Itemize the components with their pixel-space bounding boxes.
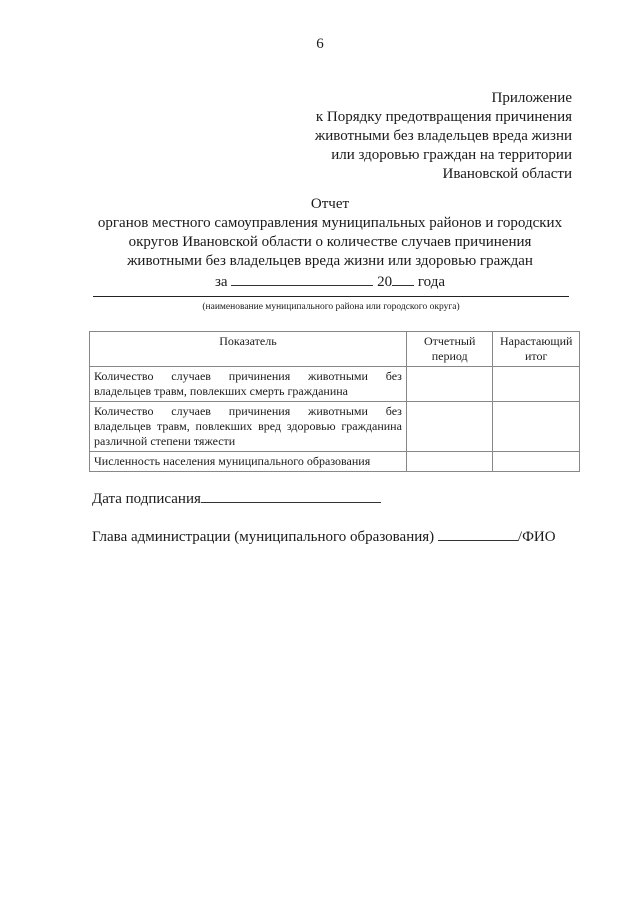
header-cumulative: Нарастающий итог (493, 332, 580, 367)
signing-date-line: Дата подписания (92, 488, 381, 508)
table-row: Количество случаев причинения животными … (90, 367, 580, 402)
municipality-caption: (наименование муниципального района или … (93, 302, 569, 312)
indicator-cell: Количество случаев причинения животными … (90, 367, 407, 402)
report-table: Показатель Отчетный период Нарастающий и… (89, 331, 580, 472)
header-period: Отчетный период (406, 332, 493, 367)
appendix-block: Приложение к Порядку предотвращения прич… (315, 89, 572, 184)
header-indicator: Показатель (90, 332, 407, 367)
period-prefix: за (215, 274, 228, 290)
municipality-blank[interactable] (93, 296, 569, 297)
year-blank[interactable] (392, 271, 414, 286)
page-number: 6 (0, 36, 640, 53)
appendix-line: или здоровью граждан на территории (315, 146, 572, 165)
report-subtitle-line: округов Ивановской области о количестве … (80, 233, 580, 252)
report-subtitle-line: животными без владельцев вреда жизни или… (80, 252, 580, 271)
table-header-row: Показатель Отчетный период Нарастающий и… (90, 332, 580, 367)
report-subtitle-line: органов местного самоуправления муниципа… (80, 214, 580, 233)
signing-date-label: Дата подписания (92, 491, 201, 507)
period-blank[interactable] (231, 271, 373, 286)
cumulative-cell[interactable] (493, 452, 580, 472)
indicator-cell: Численность населения муниципального обр… (90, 452, 407, 472)
appendix-line: к Порядку предотвращения причинения (315, 108, 572, 127)
fio-label: /ФИО (518, 529, 556, 545)
cumulative-cell[interactable] (493, 367, 580, 402)
indicator-cell: Количество случаев причинения животными … (90, 402, 407, 452)
report-title: Отчет (80, 195, 580, 214)
head-signature-blank[interactable] (438, 526, 518, 541)
period-cell[interactable] (406, 367, 493, 402)
appendix-line: Ивановской области (315, 165, 572, 184)
report-title-block: Отчет органов местного самоуправления му… (80, 195, 580, 292)
head-label: Глава администрации (муниципального обра… (92, 529, 434, 545)
appendix-line: Приложение (315, 89, 572, 108)
period-cell[interactable] (406, 402, 493, 452)
head-signature-line: Глава администрации (муниципального обра… (92, 526, 556, 546)
period-cell[interactable] (406, 452, 493, 472)
period-year-prefix: 20 (377, 274, 392, 290)
period-suffix: года (418, 274, 445, 290)
table-row: Численность населения муниципального обр… (90, 452, 580, 472)
appendix-line: животными без владельцев вреда жизни (315, 127, 572, 146)
signing-date-blank[interactable] (201, 488, 381, 503)
cumulative-cell[interactable] (493, 402, 580, 452)
table-row: Количество случаев причинения животными … (90, 402, 580, 452)
report-period-line: за 20 года (215, 271, 445, 292)
